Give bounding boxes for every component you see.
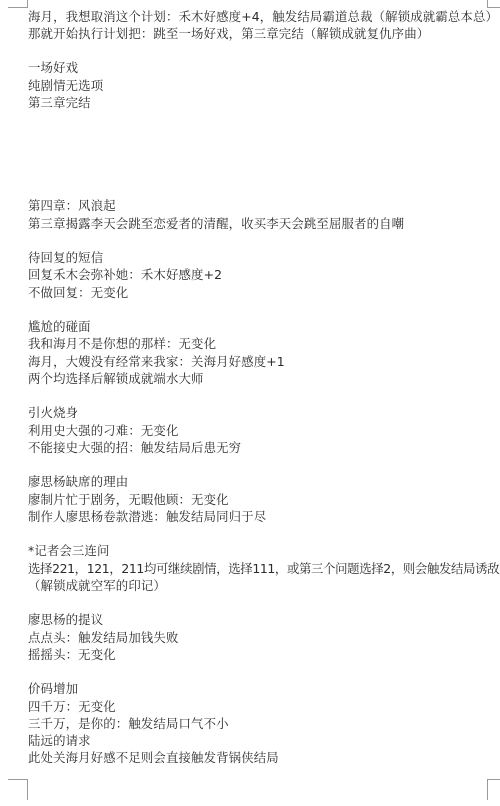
blank-line (28, 456, 488, 473)
paragraph-line: 海月，我想取消这个计划：禾木好感度+4，触发结局霸道总裁（解锁成就霸总本总） (28, 8, 488, 25)
paragraph-line: 纯剧情无选项 (28, 77, 488, 94)
section-price-increase: 价码增加 四千万：无变化 三千万，是你的：触发结局口气不小 陆远的请求 此处关海… (28, 680, 488, 766)
document-body: 海月，我想取消这个计划：禾木好感度+4，触发结局霸道总裁（解锁成就霸总本总） 那… (28, 8, 488, 767)
section-intro: 海月，我想取消这个计划：禾木好感度+4，触发结局霸道总裁（解锁成就霸总本总） 那… (28, 8, 488, 43)
page-corner-mark-bottom-right (487, 779, 500, 800)
blank-line (28, 180, 488, 197)
choice-line: 点点头：触发结局加钱失败 (28, 629, 488, 646)
choice-line: 制作人廖思杨卷款潜逃：触发结局同归于尽 (28, 508, 488, 525)
choice-line: 不能接史大强的招：触发结局后患无穷 (28, 439, 488, 456)
section-good-show: 一场好戏 纯剧情无选项 第三章完结 (28, 59, 488, 111)
section-liao-absence: 廖思杨缺席的理由 廖制片忙于剧务，无暇他顾：无变化 制作人廖思杨卷款潜逃：触发结… (28, 473, 488, 525)
blank-line (28, 525, 488, 542)
blank-line (28, 163, 488, 180)
section-title: 廖思杨的提议 (28, 611, 488, 628)
choice-line: 摇摇头：无变化 (28, 646, 488, 663)
blank-line (28, 663, 488, 680)
section-chapter-4: 第四章：风浪起 第三章揭露李天会跳至恋爱者的清醒，收买李天会跳至屈服者的自嘲 (28, 197, 488, 232)
paragraph-line: 选择221，121，211均可继续剧情，选择111，或第三个问题选择2，则会触发… (28, 560, 488, 577)
section-playing-with-fire: 引火烧身 利用史大强的刁难：无变化 不能接史大强的招：触发结局后患无穷 (28, 404, 488, 456)
blank-line (28, 387, 488, 404)
choice-line: 我和海月不是你想的那样：无变化 (28, 335, 488, 352)
section-title: 陆远的请求 (28, 732, 488, 749)
section-pending-sms: 待回复的短信 回复禾木会弥补她：禾木好感度+2 不做回复：无变化 (28, 249, 488, 301)
page-corner-mark-top-right (487, 0, 500, 8)
choice-line: 回复禾木会弥补她：禾木好感度+2 (28, 266, 488, 283)
chapter-title: 第四章：风浪起 (28, 197, 488, 214)
choice-line: 廖制片忙于剧务，无暇他顾：无变化 (28, 491, 488, 508)
choice-line: 利用史大强的刁难：无变化 (28, 422, 488, 439)
document-page: 海月，我想取消这个计划：禾木好感度+4，触发结局霸道总裁（解锁成就霸总本总） 那… (0, 0, 500, 806)
blank-line (28, 128, 488, 145)
section-title: 价码增加 (28, 680, 488, 697)
page-corner-mark-top-left (8, 0, 28, 8)
section-title: *记者会三连问 (28, 542, 488, 559)
blank-line (28, 301, 488, 318)
paragraph-line: 那就开始执行计划把：跳至一场好戏，第三章完结（解锁成就复仇序曲） (28, 25, 488, 42)
blank-line (28, 146, 488, 163)
section-title: 尴尬的碰面 (28, 318, 488, 335)
blank-line (28, 111, 488, 128)
choice-line: 三千万，是你的：触发结局口气不小 (28, 715, 488, 732)
section-title: 引火烧身 (28, 404, 488, 421)
section-title: 一场好戏 (28, 59, 488, 76)
section-press-conference: *记者会三连问 选择221，121，211均可继续剧情，选择111，或第三个问题… (28, 542, 488, 594)
paragraph-line: 两个均选择后解锁成就端水大师 (28, 370, 488, 387)
blank-line (28, 594, 488, 611)
section-awkward-meeting: 尴尬的碰面 我和海月不是你想的那样：无变化 海月，大嫂没有经常来我家：关海月好感… (28, 318, 488, 387)
blank-line (28, 232, 488, 249)
section-liao-proposal: 廖思杨的提议 点点头：触发结局加钱失败 摇摇头：无变化 (28, 611, 488, 663)
blank-line (28, 42, 488, 59)
paragraph-line: 第三章揭露李天会跳至恋爱者的清醒，收买李天会跳至屈服者的自嘲 (28, 215, 488, 232)
paragraph-line-wrapped: （解锁成就空军的印记） (28, 577, 488, 594)
choice-line: 海月，大嫂没有经常来我家：关海月好感度+1 (28, 353, 488, 370)
section-title: 廖思杨缺席的理由 (28, 473, 488, 490)
page-corner-mark-bottom-left (8, 779, 28, 800)
choice-line: 不做回复：无变化 (28, 284, 488, 301)
section-title: 待回复的短信 (28, 249, 488, 266)
paragraph-line: 第三章完结 (28, 94, 488, 111)
choice-line: 四千万：无变化 (28, 698, 488, 715)
paragraph-line: 此处关海月好感不足则会直接触发背锅侠结局 (28, 749, 488, 766)
